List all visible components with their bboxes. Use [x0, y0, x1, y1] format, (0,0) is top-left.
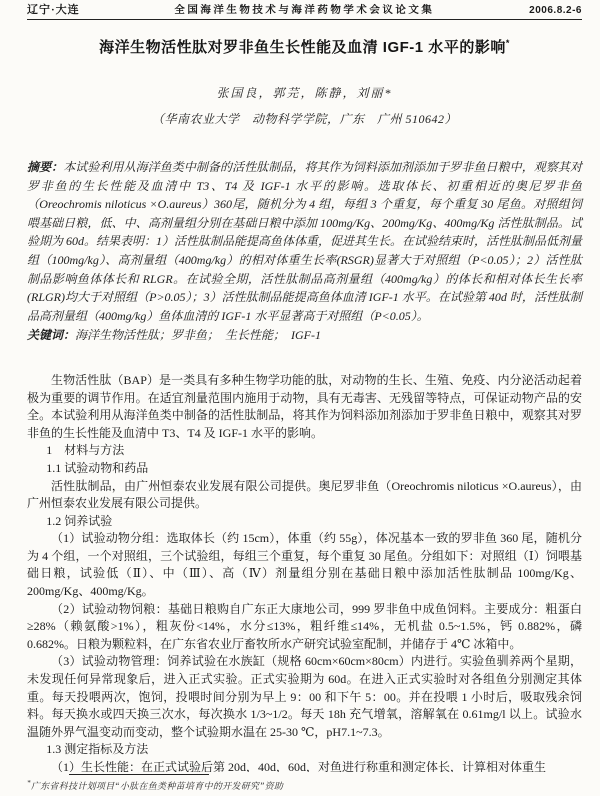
- title-footnote-marker: *: [506, 38, 510, 48]
- footnote-body: 广东省科技计划项目“小肽在鱼类种苗培育中的开发研究”资助: [31, 781, 283, 791]
- section-1-1-paragraph: 活性肽制品，由广州恒泰农业发展有限公司提供。奥尼罗非鱼（Oreochromis …: [27, 478, 582, 513]
- section-1-1-heading: 1.1 试验动物和药品: [27, 460, 582, 478]
- abstract-text: 本试验利用从海洋鱼类中制备的活性肽制品，将其作为饲料添加剂添加于罗非鱼日粮中，观…: [27, 160, 582, 323]
- abstract-label: 摘要：: [27, 160, 63, 174]
- footnote-text: *广东省科技计划项目“小肽在鱼类种苗培育中的开发研究”资助: [27, 779, 582, 792]
- paper-title: 海洋生物活性肽对罗非鱼生长性能及血清 IGF-1 水平的影响*: [27, 36, 582, 57]
- paper-title-text: 海洋生物活性肽对罗非鱼生长性能及血清 IGF-1 水平的影响: [99, 39, 506, 56]
- keywords-label: 关键词：: [27, 328, 75, 342]
- section-1-3-heading: 1.3 测定指标及方法: [27, 741, 582, 759]
- header-proceedings-title: 全国海洋生物技术与海洋药物学术会议论文集: [174, 4, 434, 16]
- running-header: 辽宁·大连 全国海洋生物技术与海洋药物学术会议论文集 2006.8.2-6: [27, 4, 582, 17]
- section-1-2-heading: 1.2 饲养试验: [27, 513, 582, 531]
- keywords-line: 关键词：海洋生物活性肽；罗非鱼； 生长性能； IGF-1: [27, 326, 582, 345]
- section-1-heading: 1 材料与方法: [27, 442, 582, 460]
- paper-body: 生物活性肽（BAP）是一类具有多种生物学功能的肽，对动物的生长、生殖、免疫、内分…: [27, 372, 582, 777]
- section-1-2-item-2: （2）试验动物饲粮：基础日粮购自广东正大康地公司，999 罗非鱼中成鱼饲料。主要…: [27, 601, 582, 654]
- footnote: *广东省科技计划项目“小肽在鱼类种苗培育中的开发研究”资助: [27, 772, 582, 792]
- footnote-divider: [69, 774, 209, 775]
- section-1-2-item-1: （1）试验动物分组：选取体长（约 15cm），体重（约 55g），体况基本一致的…: [27, 530, 582, 600]
- affiliation-line: （华南农业大学 动物科学学院，广东 广州 510642）: [27, 110, 582, 127]
- section-1-2-item-3: （3）试验动物管理：饲养试验在水族缸（规格 60cm×60cm×80cm）内进行…: [27, 653, 582, 741]
- header-location: 辽宁·大连: [27, 4, 80, 17]
- header-date: 2006.8.2-6: [529, 4, 582, 17]
- authors-line: 张国良，郭芫，陈静，刘丽*: [27, 84, 582, 101]
- abstract-paragraph: 摘要：本试验利用从海洋鱼类中制备的活性肽制品，将其作为饲料添加剂添加于罗非鱼日粮…: [27, 158, 582, 325]
- keywords-text: 海洋生物活性肽；罗非鱼； 生长性能； IGF-1: [75, 328, 321, 342]
- header-divider: [27, 19, 582, 20]
- scanned-paper-page: 辽宁·大连 全国海洋生物技术与海洋药物学术会议论文集 2006.8.2-6 海洋…: [0, 0, 600, 796]
- intro-paragraph: 生物活性肽（BAP）是一类具有多种生物学功能的肽，对动物的生长、生殖、免疫、内分…: [27, 372, 582, 442]
